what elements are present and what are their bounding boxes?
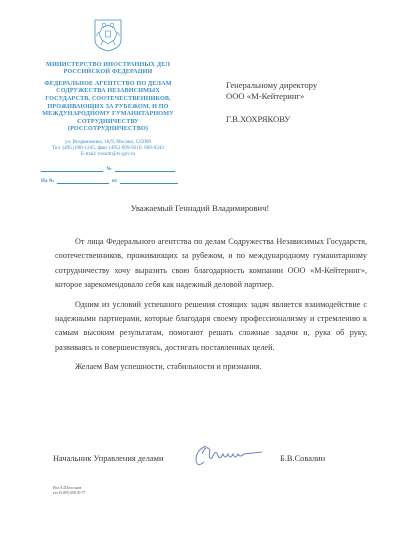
from-label: от <box>112 178 117 184</box>
letter-body: От лица Федерального агентства по делам … <box>55 235 367 380</box>
letterhead: МИНИСТЕРСТВО ИНОСТРАННЫХ ДЕЛ РОССИЙСКОЙ … <box>28 18 188 184</box>
body-paragraph: От лица Федерального агентства по делам … <box>55 235 367 293</box>
ministry-name: МИНИСТЕРСТВО ИНОСТРАННЫХ ДЕЛ РОССИЙСКОЙ … <box>28 61 188 76</box>
russian-coat-of-arms-icon <box>93 18 123 52</box>
agency-address: ул. Воздвиженка, 18/9, Москва, 125009 Те… <box>28 139 188 158</box>
signatory-name: Б.В.Совалин <box>280 454 325 463</box>
agency-line: (РОССОТРУДНИЧЕСТВО) <box>28 125 188 133</box>
agency-line: СОТРУДНИЧЕСТВУ <box>28 118 188 126</box>
reference-number-row: На № от <box>28 178 188 184</box>
ministry-line: РОССИЙСКОЙ ФЕДЕРАЦИИ <box>28 68 188 75</box>
agency-line: СОДРУЖЕСТВА НЕЗАВИСИМЫХ <box>28 87 188 95</box>
body-paragraph: Одним из условий успешного решения стоящ… <box>55 298 367 356</box>
handwritten-signature-icon <box>192 440 264 472</box>
from-date-blank <box>120 178 178 184</box>
signatory-title: Начальник Управления делами <box>53 454 163 463</box>
outgoing-number-row: № <box>28 166 188 172</box>
executor-footer: Исп.А.П.Бессонов тел.8 (495) 698-29-77 <box>53 486 85 496</box>
agency-line: ПРОЖИВАЮЩИХ ЗА РУБЕЖОМ, И ПО <box>28 103 188 111</box>
recipient-block: Генеральному директору ООО «М-Кейтеринг»… <box>226 80 317 125</box>
email-line: E-mail: rossotr@rs-gov.ru <box>28 151 188 157</box>
agency-line: ФЕДЕРАЛЬНОЕ АГЕНТСТВО ПО ДЕЛАМ <box>28 80 188 88</box>
recipient-name: Г.В.ХОХРЯКОВУ <box>226 114 317 125</box>
recipient-company: ООО «М-Кейтеринг» <box>226 91 317 102</box>
reference-label: На № <box>41 178 54 184</box>
body-paragraph: Желаем Вам успешности, стабильности и пр… <box>55 360 367 374</box>
salutation: Уважаемый Геннадий Владимирович! <box>0 203 400 213</box>
agency-name: ФЕДЕРАЛЬНОЕ АГЕНТСТВО ПО ДЕЛАМ СОДРУЖЕСТ… <box>28 80 188 133</box>
date-blank <box>41 166 103 172</box>
reference-blank <box>57 178 109 184</box>
agency-line: ГОСУДАРСТВ, СООТЕЧЕСТВЕННИКОВ, <box>28 95 188 103</box>
recipient-position: Генеральному директору <box>226 80 317 91</box>
number-blank <box>115 166 175 172</box>
number-label: № <box>106 166 111 172</box>
executor-phone: тел.8 (495) 698-29-77 <box>53 491 85 496</box>
agency-line: МЕЖДУНАРОДНОМУ ГУМАНИТАРНОМУ <box>28 110 188 118</box>
